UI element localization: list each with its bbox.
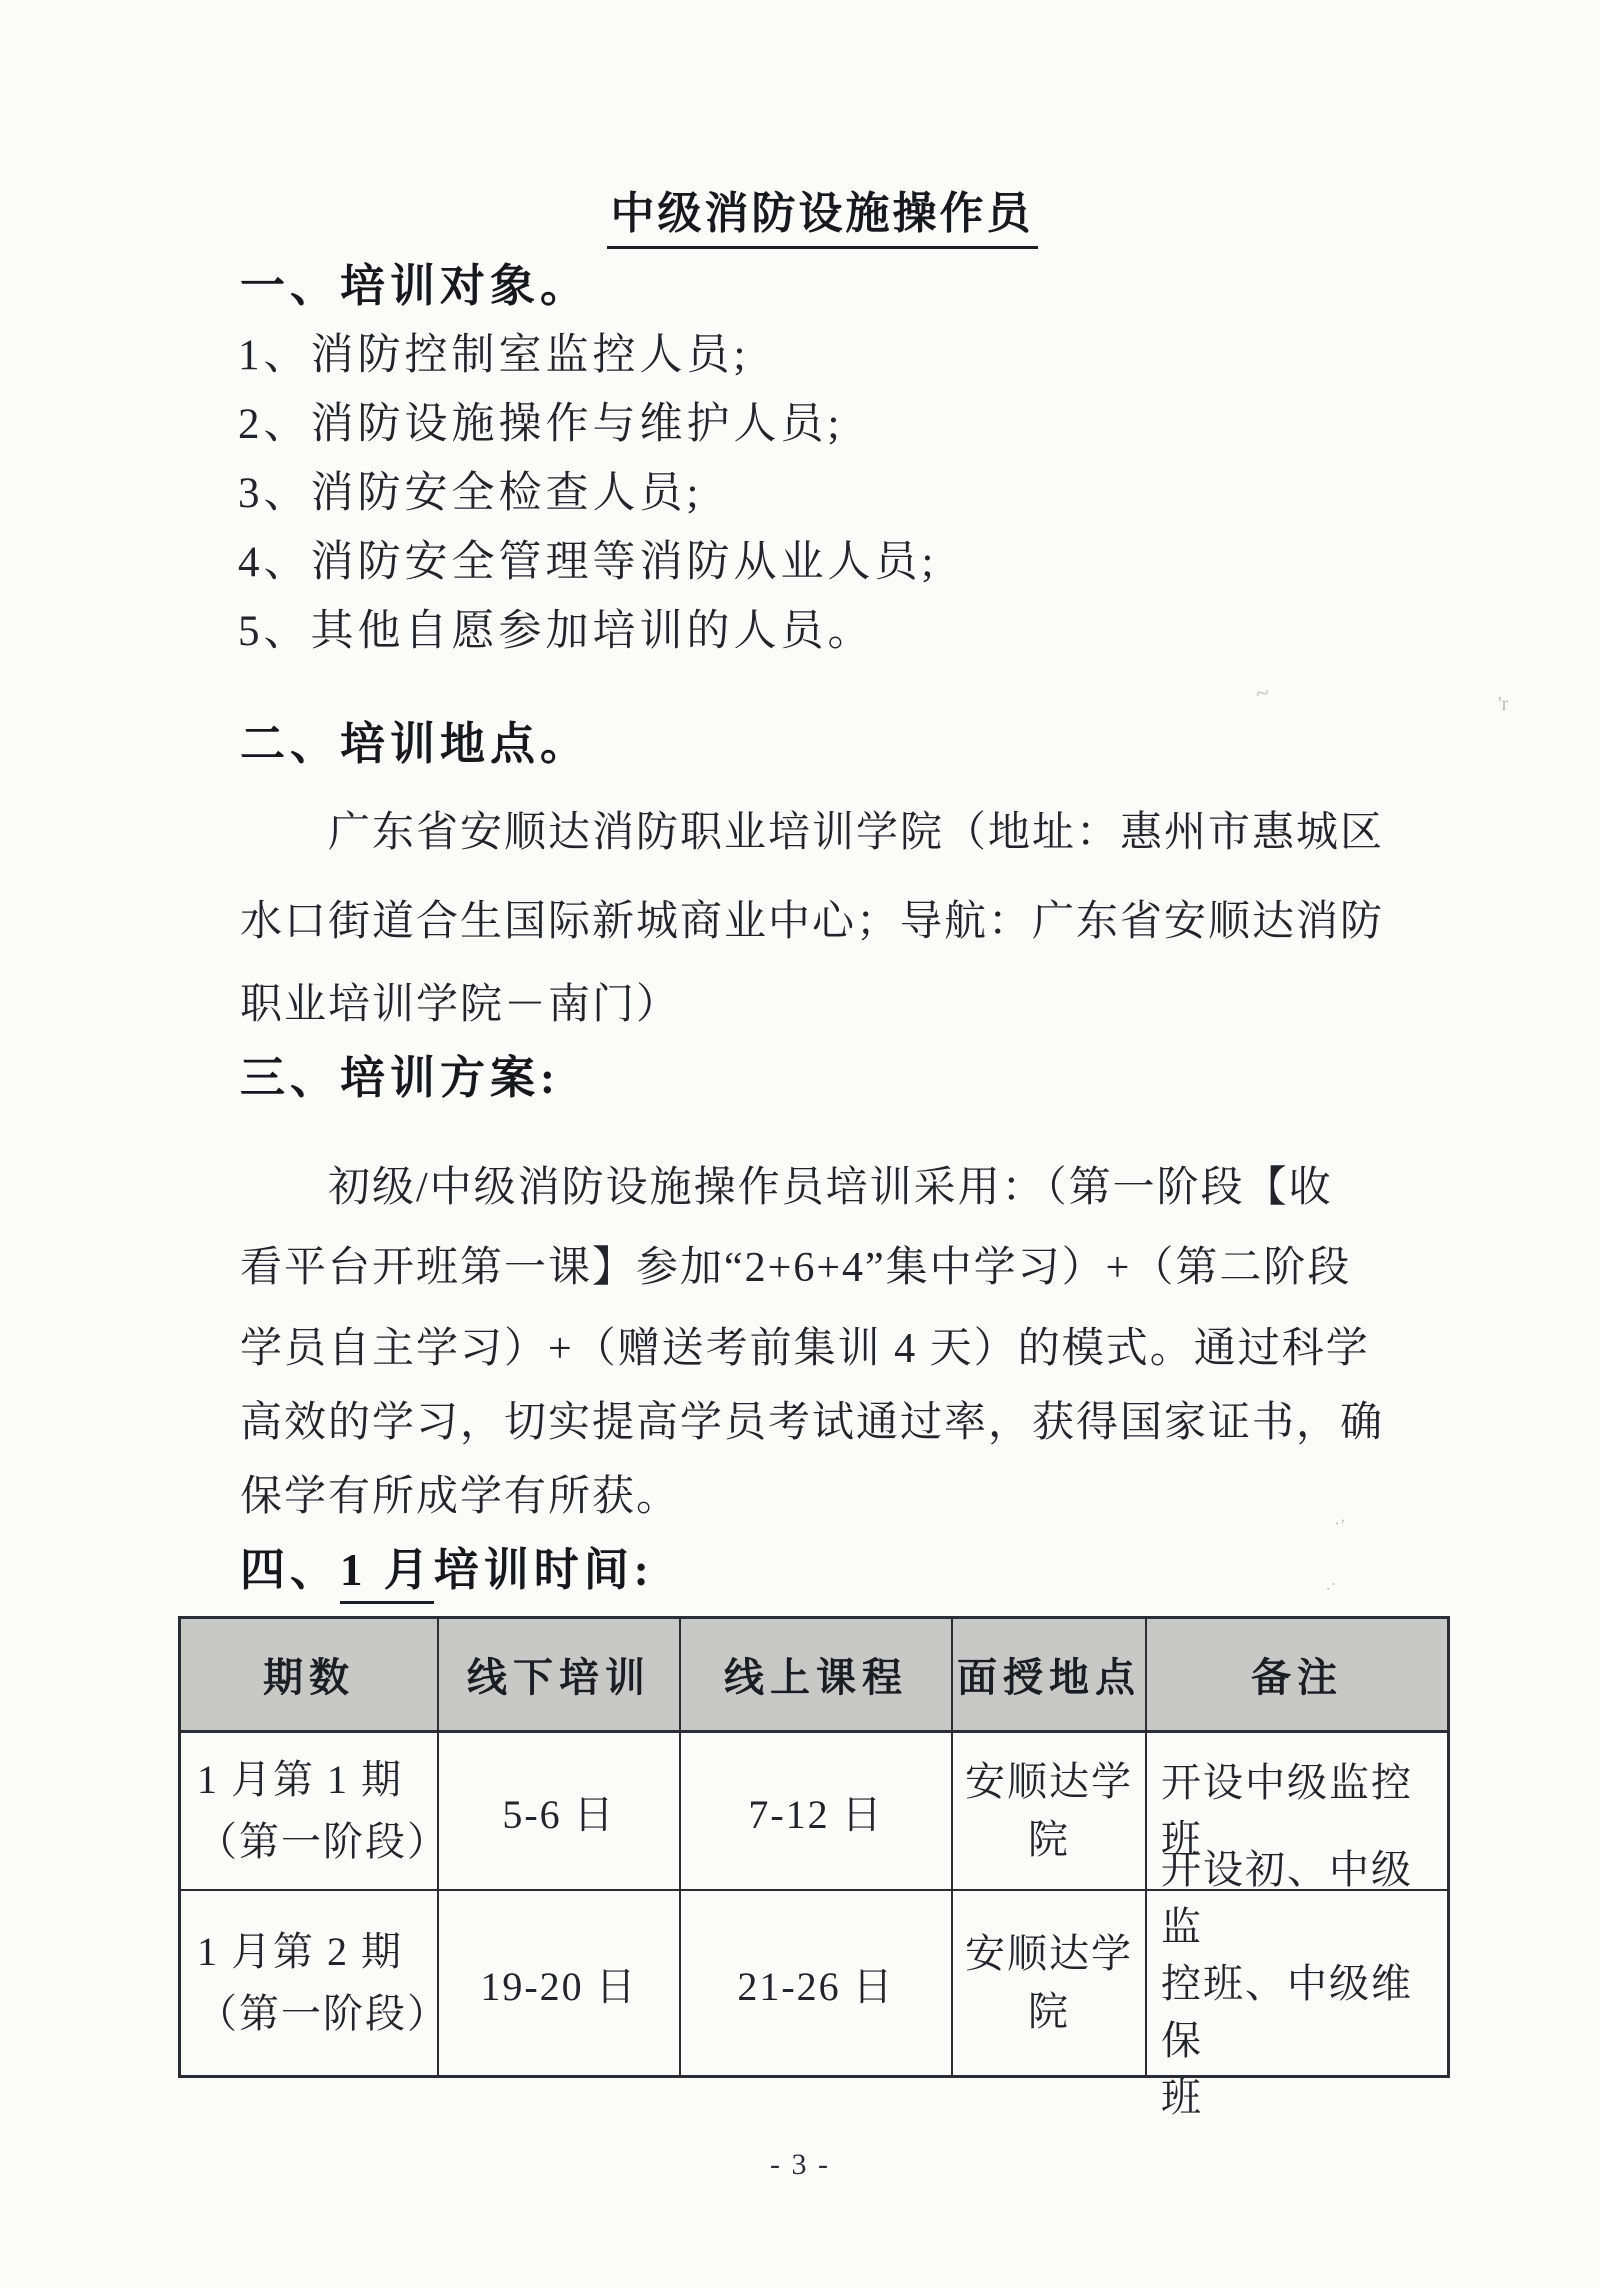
document-page: 中级消防设施操作员 一、培训对象。 1、消防控制室监控人员; 2、消防设施操作与… <box>0 0 1600 2288</box>
table-header-remark: 备注 <box>1147 1619 1447 1733</box>
scan-speck: 'r <box>1498 692 1508 716</box>
paragraph-line: 水口街道合生国际新城商业中心；导航：广东省安顺达消防 <box>240 894 1390 950</box>
paragraph-line: 职业培训学院－南门） <box>240 977 1390 1033</box>
section4-heading: 四、1 月培训时间: <box>240 1542 654 1598</box>
section4-heading-suffix: 培训时间: <box>434 1545 654 1595</box>
list-item: 3、消防安全检查人员; <box>238 468 702 520</box>
section3-heading: 三、培训方案: <box>240 1050 560 1106</box>
scan-speck: .· <box>1326 1572 1337 1596</box>
paragraph-line: 学员自主学习）+（赠送考前集训 4 天）的模式。通过科学 <box>240 1321 1390 1377</box>
list-item: 5、其他自愿参加培训的人员。 <box>238 606 875 658</box>
document-title: 中级消防设施操作员 <box>0 186 1600 242</box>
table-header-venue: 面授地点 <box>953 1619 1147 1733</box>
table-cell-online: 21-26 日 <box>681 1891 953 2075</box>
table-header-online: 线上课程 <box>681 1619 953 1733</box>
paragraph-line: 看平台开班第一课】参加“2+6+4”集中学习）+（第二阶段 <box>240 1240 1390 1296</box>
paragraph-line: 广东省安顺达消防职业培训学院（地址：惠州市惠城区 <box>240 805 1390 861</box>
table-header-period: 期数 <box>181 1619 439 1733</box>
section4-heading-underlined: 1 月 <box>340 1545 434 1604</box>
scan-speck: ~ <box>1254 681 1272 707</box>
table-cell-offline: 5-6 日 <box>439 1733 681 1891</box>
list-item: 2、消防设施操作与维护人员; <box>238 399 843 451</box>
section4-heading-prefix: 四、 <box>240 1545 340 1595</box>
paragraph-line: 高效的学习，切实提高学员考试通过率，获得国家证书，确 <box>240 1395 1390 1451</box>
paragraph-line: 保学有所成学有所获。 <box>240 1469 1390 1525</box>
list-item: 1、消防控制室监控人员; <box>238 330 749 382</box>
table-cell-online: 7-12 日 <box>681 1733 953 1891</box>
table-cell-period: 1 月第 1 期 （第一阶段） <box>181 1733 439 1891</box>
table-header-offline: 线下培训 <box>439 1619 681 1733</box>
section1-heading: 一、培训对象。 <box>240 258 590 314</box>
page-number: - 3 - <box>0 2148 1600 2182</box>
paragraph-line: 初级/中级消防设施操作员培训采用：（第一阶段【收 <box>240 1160 1390 1216</box>
table-cell-venue: 安顺达学 院 <box>953 1891 1147 2075</box>
table-cell-venue: 安顺达学 院 <box>953 1733 1147 1891</box>
schedule-table: 期数 线下培训 线上课程 面授地点 备注 1 月第 1 期 （第一阶段） 5-6… <box>178 1616 1450 2078</box>
document-title-text: 中级消防设施操作员 <box>607 189 1038 249</box>
table-cell-period: 1 月第 2 期 （第一阶段） <box>181 1891 439 2075</box>
list-item: 4、消防安全管理等消防从业人员; <box>238 537 937 589</box>
section2-heading: 二、培训地点。 <box>240 716 590 772</box>
table-cell-remark: 开设初、中级监 控班、中级维保 班 <box>1147 1891 1447 2075</box>
table-cell-offline: 19-20 日 <box>439 1891 681 2075</box>
